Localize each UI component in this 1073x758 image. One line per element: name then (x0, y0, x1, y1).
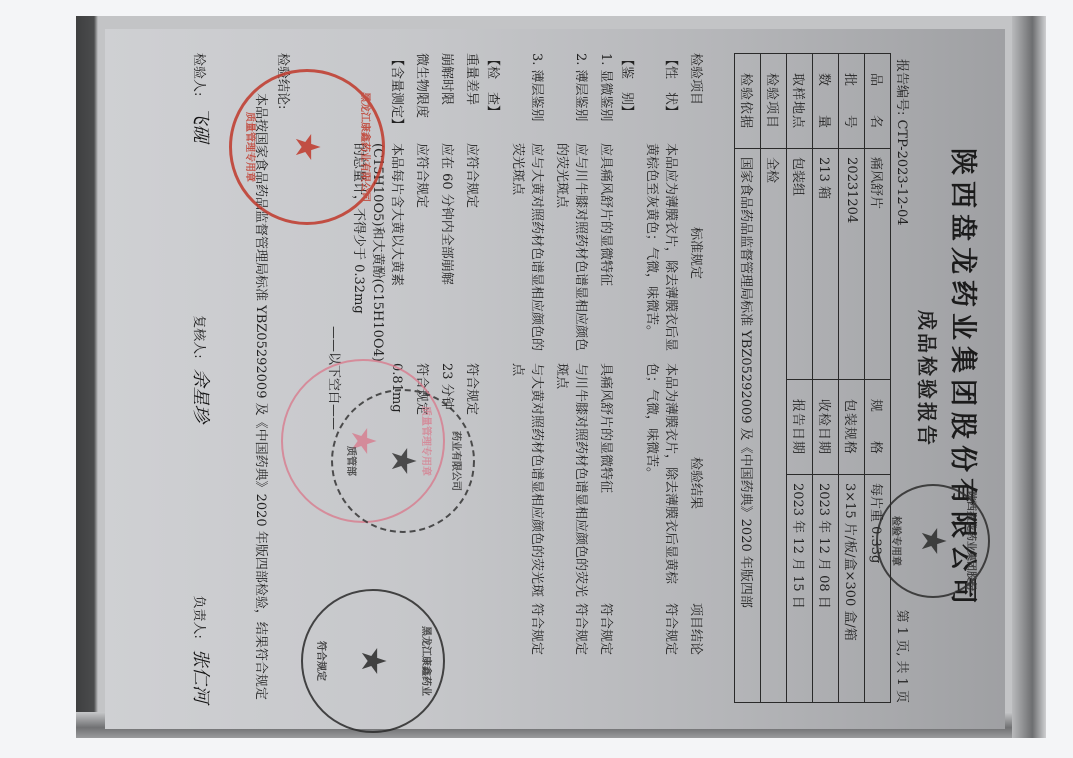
seal-ring-text: 药业有限公司 (450, 391, 465, 531)
header-standard: 标准规定 (686, 143, 705, 363)
seal-bottom-text: 质量管理专用章 (244, 72, 259, 222)
seal-ring-text: 黑龙江康鑫药业有限公司 (359, 72, 374, 222)
red-quality-stamp: 黑龙江康鑫药业有限公司 ★ 质量管理专用章 (229, 69, 385, 225)
info-value: 213 箱 (812, 149, 838, 380)
star-icon: ★ (386, 446, 420, 476)
info-row-basis: 检验依据国家食品药品监督管理局标准 YBZ05292009 及《中国药典》202… (734, 54, 760, 703)
result-standard (617, 143, 636, 363)
company-name: 陕西盘龙药业集团股份有限公司 (946, 29, 985, 729)
info-value: 3×15 片/板/盒×300 盒/箱 (838, 474, 864, 702)
result-value (483, 363, 502, 603)
info-label: 品 名 (864, 54, 890, 149)
result-item: 微生物限度 (412, 53, 431, 143)
result-value (617, 363, 636, 603)
result-conclusion (617, 603, 636, 703)
reviewer-label: 复核人: (191, 315, 206, 358)
result-item: 重量差异 (462, 53, 481, 143)
results-header: 检验项目 标准规定 检验结果 项目结论 (686, 53, 705, 703)
info-label: 报告日期 (786, 379, 812, 474)
star-icon: ★ (916, 526, 950, 556)
report-number-value: CTP-2023-12-04 (894, 120, 909, 226)
seal-bottom-text: 检验专用章 (890, 486, 905, 596)
seal-bottom-text: 符合规定 (315, 591, 330, 731)
result-standard: 应与川牛膝对照药材色谱显相应颜色的荧光斑点 (552, 143, 590, 363)
result-item: 1. 显微鉴别 (596, 53, 615, 143)
info-value: 20231204 (838, 149, 864, 380)
info-row: 品 名痛风舒片规 格每片重 0.33g (864, 54, 890, 703)
seal-ring-text: 黑龙江康鑫药业 (420, 591, 435, 731)
star-icon: ★ (356, 646, 390, 676)
report-title: 成品检验报告 (914, 29, 943, 729)
result-row: 3. 薄层鉴别应与大黄对照药材色谱显相应颜色的荧光斑点与大黄对照药材色谱显相应颜… (508, 53, 546, 703)
result-conclusion (483, 603, 502, 703)
header-item: 检验项目 (686, 53, 705, 143)
info-value: 2023 年 12 月 08 日 (812, 474, 838, 702)
result-item: 2. 薄层鉴别 (552, 53, 590, 143)
info-label: 数 量 (812, 54, 838, 149)
info-label: 批 号 (838, 54, 864, 149)
result-conclusion: 符合规定 (508, 603, 546, 703)
result-standard: 应符合规定 (412, 143, 431, 363)
result-row: 崩解时限应在 60 分钟内全部崩解23 分钟 (437, 53, 456, 703)
info-row: 数 量213 箱收检日期2023 年 12 月 08 日 (812, 54, 838, 703)
info-row: 检验项目全检 (760, 54, 786, 703)
info-label: 取样地点 (786, 54, 812, 149)
result-item: 【检 查】 (483, 53, 502, 143)
result-standard: 应与大黄对照药材色谱显相应颜色的荧光斑点 (508, 143, 546, 363)
page-count: 第 1 页, 共 1 页 (894, 610, 913, 703)
info-row: 取样地点包装组报告日期2023 年 12 月 15 日 (786, 54, 812, 703)
seal-ring-text: 陕西盘龙药业集团股份 (965, 486, 980, 596)
result-row: 1. 显微鉴别应具痛风舒片的显微特征具痛风舒片的显微特征符合规定 (596, 53, 615, 703)
result-standard: 应具痛风舒片的显微特征 (596, 143, 615, 363)
report-number-label: 报告编号: (894, 59, 909, 115)
result-conclusion (462, 603, 481, 703)
result-standard: 应在 60 分钟内全部崩解 (437, 143, 456, 363)
result-item: 【性 状】 (642, 53, 680, 143)
inspector: 检验人: 飞砚 (189, 53, 215, 143)
header-conclusion: 项目结论 (686, 603, 705, 703)
reviewer: 复核人: 余星珍 (189, 315, 215, 423)
signatures: 检验人: 飞砚 复核人: 余星珍 负责人: 张仁河 (189, 53, 215, 703)
inspection-stamp: 黑龙江康鑫药业 ★ 符合规定 (301, 589, 445, 733)
result-standard: 本品应为薄膜衣片，除去薄膜衣后显黄棕色至灰黄色；气微，味微苦。 (642, 143, 680, 363)
result-value: 本品为薄膜衣片，除去薄膜衣后显黄棕色；气微，味微苦。 (642, 363, 680, 603)
product-info-table: 品 名痛风舒片规 格每片重 0.33g批 号20231204包装规格3×15 片… (734, 53, 891, 703)
responsible-signature: 张仁河 (190, 649, 211, 703)
info-value: 2023 年 12 月 15 日 (786, 474, 812, 702)
info-label: 收检日期 (812, 379, 838, 474)
info-value: 全检 (760, 149, 786, 703)
responsible-label: 负责人: (191, 595, 206, 638)
result-row: 【性 状】本品应为薄膜衣片，除去薄膜衣后显黄棕色至灰黄色；气微，味微苦。本品为薄… (642, 53, 680, 703)
reviewer-signature: 余星珍 (190, 369, 211, 423)
result-row: 重量差异应符合规定符合规定 (462, 53, 481, 703)
info-row: 批 号20231204包装规格3×15 片/板/盒×300 盒/箱 (838, 54, 864, 703)
result-value: 与川牛膝对照药材色谱显相应颜色的荧光斑点 (552, 363, 590, 603)
inspector-label: 检验人: (191, 53, 206, 96)
report-seal-stamp: 陕西盘龙药业集团股份 ★ 检验专用章 (876, 484, 990, 598)
result-value: 与大黄对照药材色谱显相应颜色的荧光斑点 (508, 363, 546, 603)
result-value: 具痛风舒片的显微特征 (596, 363, 615, 603)
info-value: 包装组 (786, 149, 812, 380)
responsible: 负责人: 张仁河 (189, 595, 215, 703)
result-conclusion: 符合规定 (642, 603, 680, 703)
info-label: 检验项目 (760, 54, 786, 149)
star-icon: ★ (290, 132, 324, 162)
result-row: 【检 查】 (483, 53, 502, 703)
result-row: 2. 薄层鉴别应与川牛膝对照药材色谱显相应颜色的荧光斑点与川牛膝对照药材色谱显相… (552, 53, 590, 703)
basis-value: 国家食品药品监督管理局标准 YBZ05292009 及《中国药典》2020 年版… (734, 149, 760, 703)
result-standard (483, 143, 502, 363)
seal-bottom-text: 质管部 (345, 391, 360, 531)
result-conclusion: 符合规定 (552, 603, 590, 703)
company-seal-stamp: 药业有限公司 ★ 质管部 (331, 389, 475, 533)
basis-label: 检验依据 (734, 54, 760, 149)
result-item: 崩解时限 (437, 53, 456, 143)
inspector-signature: 飞砚 (190, 107, 211, 143)
info-value: 痛风舒片 (864, 149, 890, 380)
info-label: 规 格 (864, 379, 890, 474)
result-standard: 应符合规定 (462, 143, 481, 363)
result-conclusion: 符合规定 (596, 603, 615, 703)
result-row: 【鉴 别】 (617, 53, 636, 703)
header-result: 检验结果 (686, 363, 705, 603)
report-number: 报告编号: CTP-2023-12-04 (894, 59, 913, 226)
info-label: 包装规格 (838, 379, 864, 474)
result-item: 3. 薄层鉴别 (508, 53, 546, 143)
result-item: 【鉴 别】 (617, 53, 636, 143)
inspection-report-page: 陕西盘龙药业集团股份有限公司 成品检验报告 报告编号: CTP-2023-12-… (105, 29, 1005, 729)
